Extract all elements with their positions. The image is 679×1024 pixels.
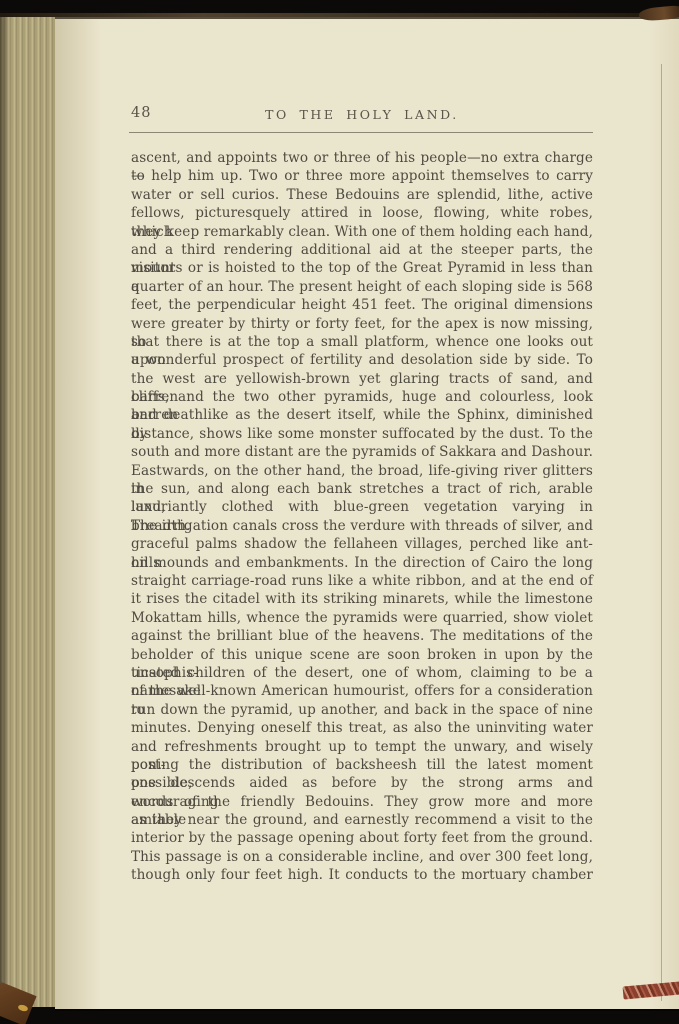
marbled-edge-bottom-right bbox=[623, 981, 679, 999]
text-line: luxuriantly clothed with blue-green vege… bbox=[131, 498, 593, 516]
text-line: were greater by thirty or forty feet, fo… bbox=[131, 315, 593, 333]
text-line: The irrigation canals cross the verdure … bbox=[131, 517, 593, 535]
text-line: graceful palms shadow the fellaheen vill… bbox=[131, 535, 593, 553]
text-line: as they near the ground, and earnestly r… bbox=[131, 811, 593, 829]
text-line: cliffs, and the two other pyramids, huge… bbox=[131, 388, 593, 406]
text-line: on mounds and embankments. In the direct… bbox=[131, 554, 593, 572]
text-line: poning the distribution of backsheesh ti… bbox=[131, 756, 593, 774]
running-title: TO THE HOLY LAND. bbox=[131, 107, 593, 122]
text-line: words of the friendly Bedouins. They gro… bbox=[131, 793, 593, 811]
text-line: one descends aided as before by the stro… bbox=[131, 774, 593, 792]
page-edge-stack bbox=[0, 17, 55, 1007]
text-line: that there is at the top a small platfor… bbox=[131, 333, 593, 351]
text-line: mounts or is hoisted to the top of the G… bbox=[131, 259, 593, 277]
text-line: fellows, picturesquely attired in loose,… bbox=[131, 204, 593, 222]
text-line: it rises the citadel with its striking m… bbox=[131, 590, 593, 608]
text-line: a wonderful prospect of fertility and de… bbox=[131, 351, 593, 369]
text-line: beholder of this unique scene are soon b… bbox=[131, 646, 593, 664]
cover-corner-top-right bbox=[639, 5, 679, 22]
text-line: against the brilliant blue of the heaven… bbox=[131, 627, 593, 645]
text-line: feet, the perpendicular height 451 feet.… bbox=[131, 296, 593, 314]
text-line: ascent, and appoints two or three of his… bbox=[131, 149, 593, 167]
text-line: the sun, and along each bank stretches a… bbox=[131, 480, 593, 498]
page-crease bbox=[661, 64, 662, 1001]
text-line: Eastwards, on the other hand, the broad,… bbox=[131, 462, 593, 480]
text-line: of the well-known American humourist, of… bbox=[131, 682, 593, 700]
text-line: south and more distant are the pyramids … bbox=[131, 443, 593, 461]
page-header: 48 TO THE HOLY LAND. bbox=[131, 105, 593, 125]
text-line: interior by the passage opening about fo… bbox=[131, 829, 593, 847]
text-line: run down the pyramid, up another, and ba… bbox=[131, 701, 593, 719]
text-line: they keep remarkably clean. With one of … bbox=[131, 223, 593, 241]
text-line: ticated children of the desert, one of w… bbox=[131, 664, 593, 682]
text-line: and a third rendering additional aid at … bbox=[131, 241, 593, 259]
page-body: ascent, and appoints two or three of his… bbox=[131, 149, 593, 885]
text-line: the west are yellowish-brown yet glaring… bbox=[131, 370, 593, 388]
book-page: 48 TO THE HOLY LAND. ascent, and appoint… bbox=[55, 17, 679, 1009]
text-line: minutes. Denying oneself this treat, as … bbox=[131, 719, 593, 737]
book-scan: 48 TO THE HOLY LAND. ascent, and appoint… bbox=[0, 0, 679, 1024]
text-line: and deathlike as the desert itself, whil… bbox=[131, 406, 593, 424]
text-line: This passage is on a considerable inclin… bbox=[131, 848, 593, 866]
text-line: and refreshments brought up to tempt the… bbox=[131, 738, 593, 756]
text-line: water or sell curios. These Bedouins are… bbox=[131, 186, 593, 204]
text-line: straight carriage-road runs like a white… bbox=[131, 572, 593, 590]
text-line: to help him up. Two or three more appoin… bbox=[131, 167, 593, 185]
header-rule bbox=[129, 132, 593, 133]
text-line: distance, shows like some monster suffoc… bbox=[131, 425, 593, 443]
text-line: though only four feet high. It conducts … bbox=[131, 866, 593, 884]
text-line: quarter of an hour. The present height o… bbox=[131, 278, 593, 296]
text-line: Mokattam hills, whence the pyramids were… bbox=[131, 609, 593, 627]
